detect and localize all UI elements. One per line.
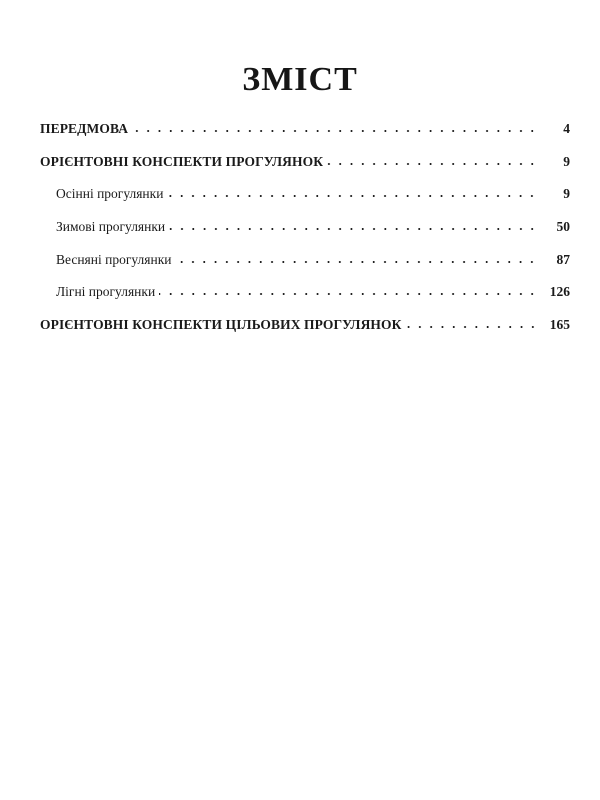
toc-entry-winter-walks[interactable]: Зимові прогулянки 50 — [40, 219, 570, 252]
toc-page-number: 4 — [542, 121, 570, 137]
toc-entry-autumn-walks[interactable]: Осінні прогулянки 9 — [40, 186, 570, 219]
toc-entry-label: Зимові прогулянки — [56, 219, 165, 235]
toc-page-number: 50 — [542, 219, 570, 235]
dot-leader — [406, 319, 538, 329]
toc-page-number: 165 — [542, 317, 570, 333]
dot-leader — [159, 286, 538, 296]
toc-entry-label: ПЕРЕДМОВА — [40, 121, 128, 137]
toc-entry-foreword[interactable]: ПЕРЕДМОВА 4 — [40, 121, 570, 154]
toc-entry-label: Весняні прогулянки — [56, 252, 171, 268]
toc-entry-summer-walks[interactable]: Лігні прогулянки 126 — [40, 284, 570, 317]
dot-leader — [327, 156, 538, 166]
toc-entry-label: ОРІЄНТОВНІ КОНСПЕКТИ ЦІЛЬОВИХ ПРОГУЛЯНОК — [40, 317, 402, 333]
toc-page-number: 87 — [542, 252, 570, 268]
toc-entry-walk-outlines[interactable]: ОРІЄНТОВНІ КОНСПЕКТИ ПРОГУЛЯНОК 9 — [40, 154, 570, 187]
toc-entry-label: ОРІЄНТОВНІ КОНСПЕКТИ ПРОГУЛЯНОК — [40, 154, 323, 170]
toc-page-number: 9 — [542, 186, 570, 202]
table-of-contents: ПЕРЕДМОВА 4 ОРІЄНТОВНІ КОНСПЕКТИ ПРОГУЛЯ… — [40, 121, 570, 350]
toc-page-number: 126 — [542, 284, 570, 300]
dot-leader — [167, 188, 538, 198]
page-title: ЗМІСТ — [0, 61, 600, 99]
dot-leader — [132, 123, 538, 133]
toc-entry-label: Лігні прогулянки — [56, 284, 155, 300]
toc-entry-label: Осінні прогулянки — [56, 186, 163, 202]
dot-leader — [169, 221, 538, 231]
toc-entry-spring-walks[interactable]: Весняні прогулянки 87 — [40, 252, 570, 285]
toc-page-number: 9 — [542, 154, 570, 170]
toc-entry-targeted-walk-outlines[interactable]: ОРІЄНТОВНІ КОНСПЕКТИ ЦІЛЬОВИХ ПРОГУЛЯНОК… — [40, 317, 570, 350]
dot-leader — [175, 254, 538, 264]
